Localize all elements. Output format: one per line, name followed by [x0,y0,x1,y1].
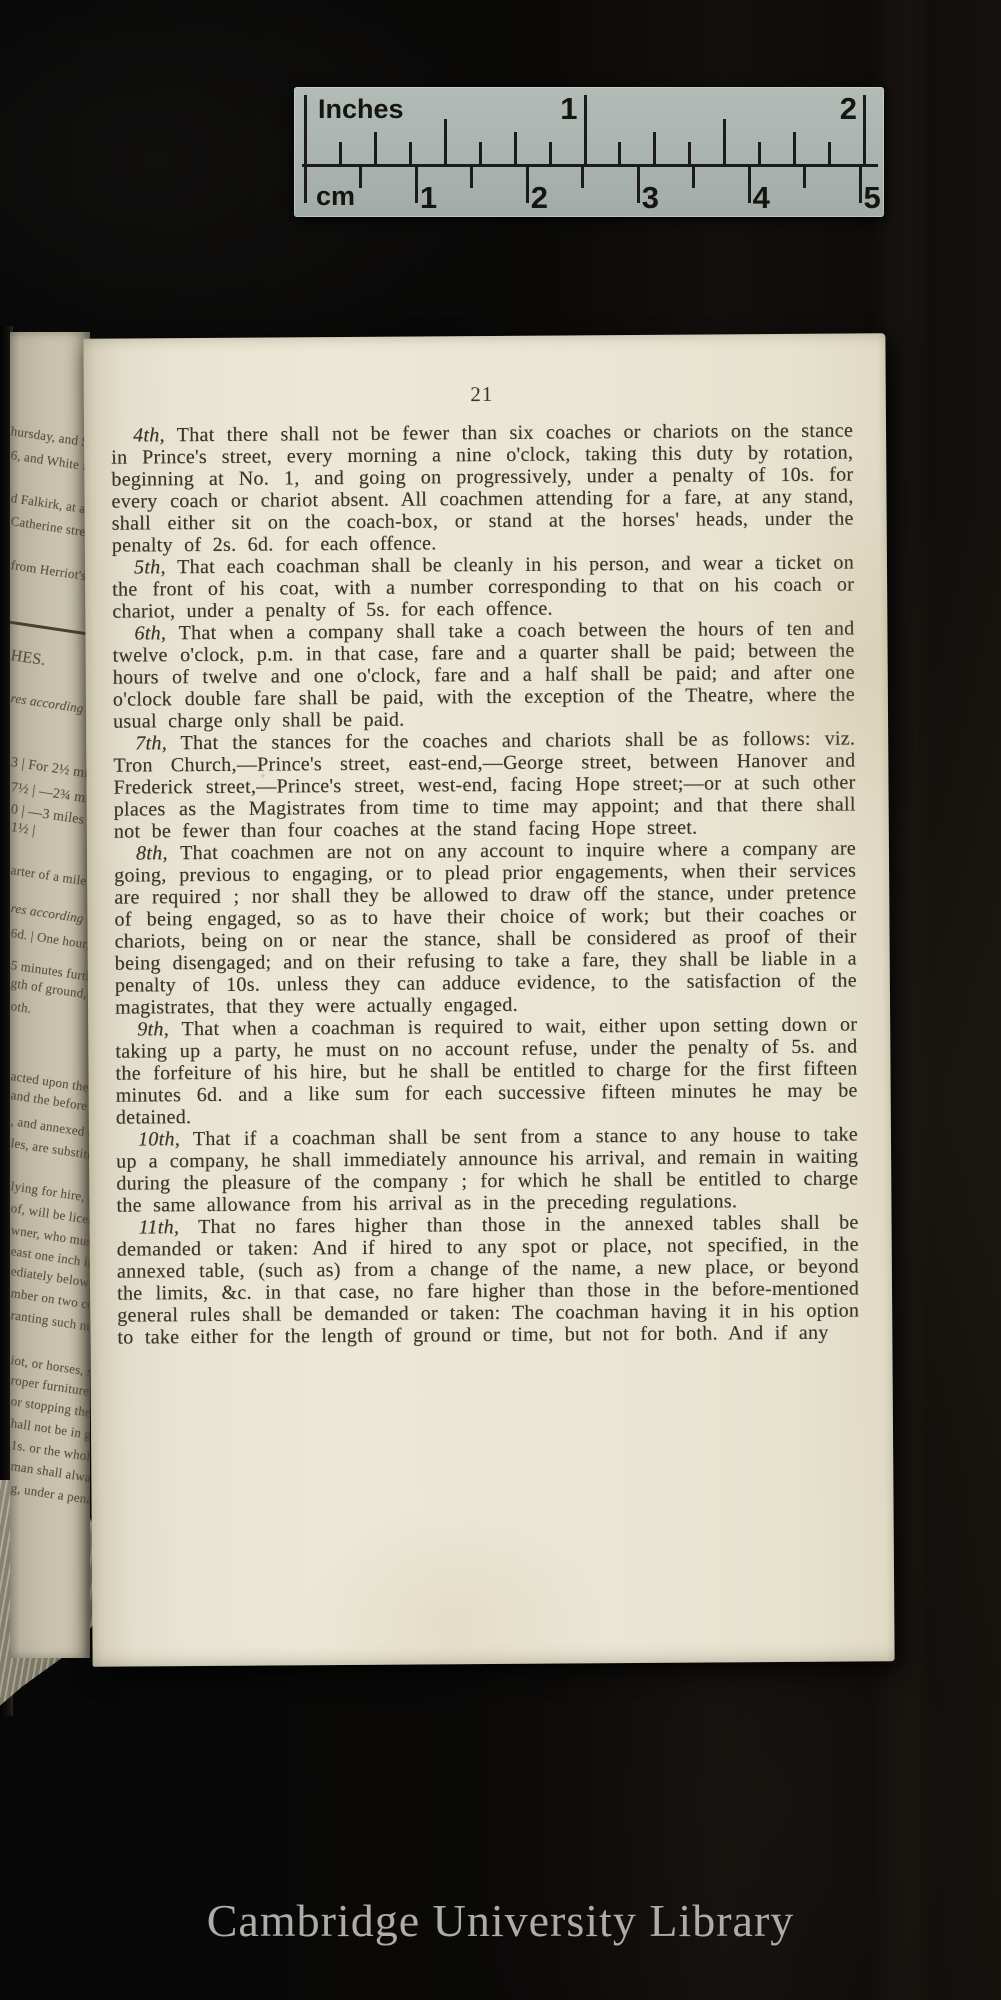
ruler-inches-label: Inches [318,96,404,123]
ruler-tick [618,142,621,164]
page-number: 21 [111,379,853,409]
adjacent-page-fragment: g, under a penalty no [10,1480,90,1514]
ruler-tick [581,167,584,188]
ruler-cm-label: cm [316,183,355,210]
regulation-paragraph: 5th, That each coachman shall be cleanly… [112,551,854,622]
ruler-tick [803,167,806,188]
adjacent-page-fragment: 6d. | One hour, 3s [10,925,90,959]
ruler-cm-number: 4 [753,182,781,213]
regulation-ordinal: 11th, [139,1216,180,1238]
ruler-tick [637,167,640,203]
regulation-ordinal: 8th, [136,842,168,864]
ruler-tick [549,142,552,164]
regulation-ordinal: 5th, [134,556,166,578]
ruler-tick [758,142,761,164]
ruler-tick [688,142,691,164]
ruler-tick [415,167,418,203]
photographic-scale-ruler: Inches cm 1212345 [294,87,884,217]
adjacent-page-fragment: 6, and White Horse ( [10,447,90,481]
regulations-text: 4th, That there shall not be fewer than … [111,419,859,1348]
regulation-paragraph: 10th, That if a coachman shall be sent f… [116,1123,859,1216]
ruler-tick [828,142,831,164]
ruler-tick [793,132,796,164]
adjacent-page-fragment: res according to dista [10,690,90,724]
ruler-tick [584,95,587,164]
adjacent-page-edge: hursday, and Saturda6, and White Horse (… [10,332,90,1658]
ruler-tick [409,142,412,164]
library-watermark: Cambridge University Library [0,1894,1001,1947]
ruler-tick [526,167,529,203]
regulation-ordinal: 6th, [134,622,166,644]
regulation-paragraph: 11th, That no fares higher than those in… [117,1211,860,1348]
adjacent-page-fragment: ranting such numbe [10,1307,90,1341]
page-text-block: 21 4th, That there shall not be fewer th… [111,379,860,1348]
ruler-cm-number: 3 [642,182,670,213]
ruler-tick [374,132,377,164]
adjacent-page-fragment: oth. [10,998,90,1032]
regulation-ordinal: 7th, [135,732,167,754]
regulation-ordinal: 9th, [137,1018,169,1040]
regulation-paragraph: 9th, That when a coachman is required to… [115,1013,858,1128]
adjacent-page-fragment: HES. [10,647,90,683]
adjacent-page-fragment: arter of a mile farthe [10,862,90,896]
ruler-cm-number: 5 [864,182,892,213]
regulation-ordinal: 4th, [133,424,165,446]
regulation-paragraph: 4th, That there shall not be fewer than … [111,419,854,556]
ruler-inch-number: 1 [550,93,578,124]
regulation-paragraph: 8th, That coachmen are not on any accoun… [114,837,857,1018]
ruler-cm-number: 1 [420,182,448,213]
ruler-cm-number: 2 [531,182,559,213]
regulation-paragraph: 7th, That the stances for the coaches an… [113,727,856,842]
ruler-tick [444,119,447,164]
ruler-tick [653,132,656,164]
adjacent-page-fragment: les, are substituted [10,1135,90,1169]
ruler-tick [359,167,362,188]
regulation-paragraph: 6th, That when a company shall take a co… [112,617,855,732]
adjacent-page-fragment: Catherine street, an [10,513,90,547]
ruler-tick [470,167,473,188]
ruler-tick [692,167,695,188]
ruler-tick [479,142,482,164]
ruler-tick [748,167,751,203]
ruler-baseline [302,164,878,167]
ruler-tick [304,95,307,164]
ruler-tick [339,142,342,164]
ruler-tick [723,119,726,164]
ruler-tick [304,167,307,203]
ruler-tick [863,95,866,164]
regulation-ordinal: 10th, [138,1128,180,1150]
adjacent-page-fragment: from Herriot's, 195, H [10,557,90,591]
ruler-tick [514,132,517,164]
ruler-tick [859,167,862,203]
adjacent-page-rule [10,620,90,640]
ruler-inch-number: 2 [829,93,857,124]
book-page: 21 4th, That there shall not be fewer th… [83,333,894,1667]
